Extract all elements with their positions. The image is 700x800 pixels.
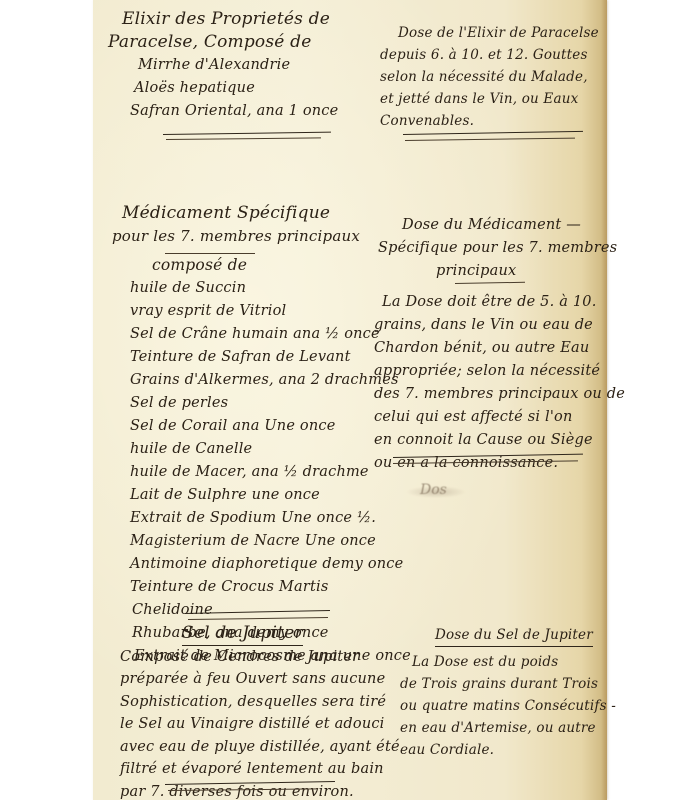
ingredient-item: Grains d'Alkermes, ana 2 drachmes <box>112 369 411 392</box>
sel-jupiter-dose-line: ou quatre matins Consécutifs - <box>400 695 616 717</box>
medicament-title-line-1: Médicament Spécifique <box>112 202 411 225</box>
ingredient-item: Extrait de Spodium Une once ½. <box>112 507 411 530</box>
ingredient-item: huile de Canelle <box>112 438 411 461</box>
ingredient-item: Antimoine diaphoretique demy once <box>112 553 411 576</box>
medicament-dose-title-line: Spécifique pour les 7. membres <box>374 237 625 260</box>
elixir-recipe: Elixir des Proprietés de Paracelse, Comp… <box>108 8 338 123</box>
elixir-ingredient: Aloës hepatique <box>108 77 338 100</box>
medicament-dose-body-line: des 7. membres principaux ou de <box>374 383 625 406</box>
ingredient-item: Sel de Corail ana Une once <box>112 415 411 438</box>
ingredient-item: huile de Macer, ana ½ drachme <box>112 461 411 484</box>
medicament-dose-title-line: Dose du Médicament — <box>374 214 625 237</box>
ingredient-item: Magisterium de Nacre Une once <box>112 530 411 553</box>
elixir-dose-line: depuis 6. à 10. et 12. Gouttes <box>380 44 599 66</box>
sel-jupiter-line: préparée à feu Ouvert sans aucune <box>120 668 400 691</box>
medicament-dose-body-line: celui qui est affecté si l'on <box>374 406 625 429</box>
ingredient-item: Sel de Crâne humain ana ½ once <box>112 323 411 346</box>
sel-jupiter-dose-line: eau Cordiale. <box>400 739 616 761</box>
elixir-ingredient: Safran Oriental, ana 1 once <box>108 100 338 123</box>
ingredient-item: vray esprit de Vitriol <box>112 300 411 323</box>
medicament-subtitle: composé de <box>112 254 411 277</box>
sel-jupiter-line: Sophistication, desquelles sera tiré <box>120 691 400 714</box>
elixir-dose-line: Dose de l'Elixir de Paracelse <box>380 22 599 44</box>
elixir-ingredient: Mirrhe d'Alexandrie <box>108 54 338 77</box>
sel-jupiter-dose-line: La Dose est du poids <box>400 651 616 673</box>
sel-jupiter-title: Sel de Jupiter <box>182 622 303 646</box>
medicament-dose-title-line: principaux <box>374 260 625 283</box>
ingredient-item: Teinture de Safran de Levant <box>112 346 411 369</box>
medicament-dose-body-line: en connoit la Cause ou Siège <box>374 429 625 452</box>
ingredient-item: Sel de perles <box>112 392 411 415</box>
medicament-dose-body-line: grains, dans le Vin ou eau de <box>374 314 625 337</box>
title-underline <box>165 253 255 254</box>
ingredient-item: Teinture de Crocus Martis <box>112 576 411 599</box>
sel-jupiter-recipe: Sel de Jupiter Composé de Cendres de Jup… <box>120 622 400 800</box>
sel-jupiter-line: filtré et évaporé lentement au bain <box>120 758 400 781</box>
sel-jupiter-dose-note: Dose du Sel de Jupiter La Dose est du po… <box>400 624 616 761</box>
elixir-dose-line: selon la nécessité du Malade, <box>380 66 599 88</box>
medicament-dose-body-line: appropriée; selon la nécessité <box>374 360 625 383</box>
sel-jupiter-dose-line: en eau d'Artemise, ou autre <box>400 717 616 739</box>
sel-jupiter-line: par 7. diverses fois ou environ. <box>120 781 400 800</box>
medicament-dose-body-line: Chardon bénit, ou autre Eau <box>374 337 625 360</box>
sel-jupiter-line: le Sel au Vinaigre distillé et adouci <box>120 713 400 736</box>
sel-jupiter-dose-line: de Trois grains durant Trois <box>400 673 616 695</box>
sel-jupiter-dose-title: Dose du Sel de Jupiter <box>435 624 593 647</box>
medicament-dose-body-line: La Dose doit être de 5. à 10. <box>374 291 625 314</box>
elixir-title-line-2: Paracelse, Composé de <box>108 31 338 54</box>
elixir-title-line-1: Elixir des Proprietés de <box>108 8 338 31</box>
medicament-title-line-2: pour les 7. membres principaux <box>112 225 411 248</box>
medicament-dose-note: Dose du Médicament — Spécifique pour les… <box>374 214 625 475</box>
elixir-dose-note: Dose de l'Elixir de Paracelse depuis 6. … <box>380 22 599 132</box>
ingredient-item: Lait de Sulphre une once <box>112 484 411 507</box>
sel-jupiter-line: avec eau de pluye distillée, ayant été <box>120 736 400 759</box>
sel-jupiter-line: Composé de Cendres de Jupiter <box>120 646 400 669</box>
medicament-recipe: Médicament Spécifique pour les 7. membre… <box>112 202 411 668</box>
ink-smudge: Dos <box>420 482 447 498</box>
elixir-dose-line: et jetté dans le Vin, ou Eaux <box>380 88 599 110</box>
elixir-dose-line: Convenables. <box>380 110 599 132</box>
ingredient-item: huile de Succin <box>112 277 411 300</box>
